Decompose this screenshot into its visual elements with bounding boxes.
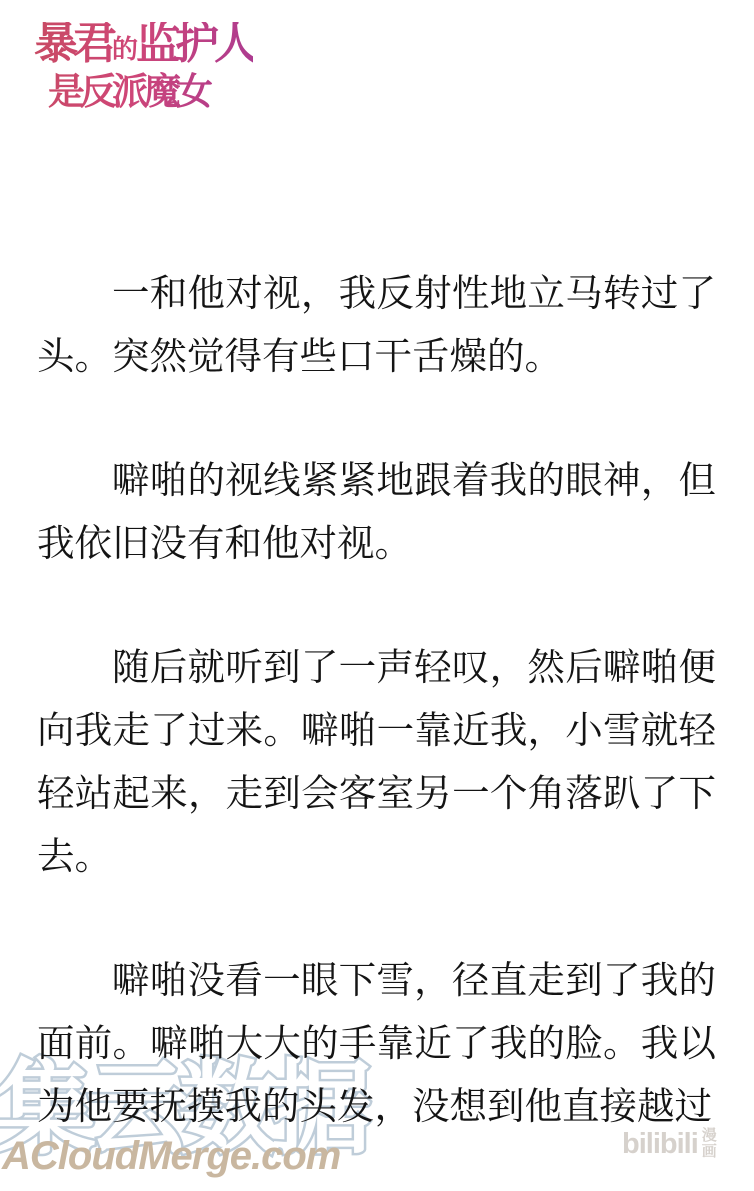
series-title-line1-small-char: 的 [112, 35, 136, 65]
paragraph-1: 一和他对视，我反射性地立马转过了头。突然觉得有些口干舌燥的。 [37, 262, 716, 388]
series-title-line2: 是反派魔女 [48, 73, 253, 110]
acloudmerge-watermark: ACloudMerge.com [2, 1134, 340, 1179]
novel-reader-page: 暴君的监护人 是反派魔女 集云数据 一和他对视，我反射性地立马转过了头。突然觉得… [0, 0, 754, 1191]
paragraph-2: 噼啪的视线紧紧地跟着我的眼神，但我依旧没有和他对视。 [37, 449, 716, 575]
series-title-line1-part2: 监护人 [136, 18, 253, 69]
series-title-line1-part1: 暴君 [34, 18, 112, 69]
novel-text-body: 一和他对视，我反射性地立马转过了头。突然觉得有些口干舌燥的。 噼啪的视线紧紧地跟… [37, 262, 716, 1191]
series-title-logo: 暴君的监护人 是反派魔女 [34, 22, 253, 110]
series-title-line1: 暴君的监护人 [34, 22, 253, 66]
paragraph-3: 随后就听到了一声轻叹，然后噼啪便向我走了过来。噼啪一靠近我，小雪就轻轻站起来，走… [37, 636, 716, 888]
paragraph-4: 噼啪没看一眼下雪，径直走到了我的面前。噼啪大大的手靠近了我的脸。我以为他要抚摸我… [37, 949, 716, 1138]
